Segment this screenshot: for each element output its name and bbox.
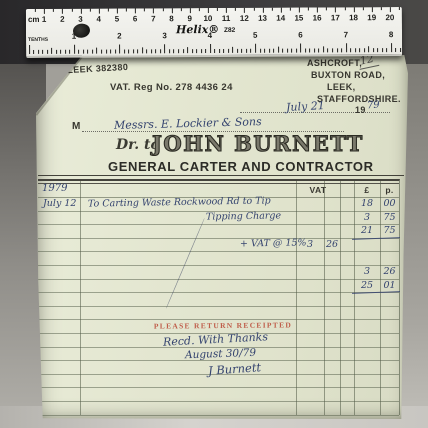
ruler-cm-number: 1 xyxy=(37,15,51,24)
ruler-tick xyxy=(155,49,156,53)
ruler-cm-number: 3 xyxy=(73,15,87,24)
address-line: BUXTON ROAD, xyxy=(311,70,385,80)
ledger-row xyxy=(38,387,399,402)
receipt-date-line: August 30/79 xyxy=(185,347,256,361)
ruler-tick xyxy=(382,48,383,52)
ruler-tick xyxy=(328,48,329,52)
ruler-tick xyxy=(287,49,288,53)
ruler-tick xyxy=(391,43,392,52)
ledger-table: 1979 VAT £ p. July 12To Carting Waste Ro… xyxy=(38,179,400,415)
ruler-inch-number: 2 xyxy=(112,31,126,40)
ruler-tick xyxy=(308,8,309,11)
row-vat-pound: 3 xyxy=(296,239,324,250)
ruler-tick xyxy=(355,48,356,52)
ruler-tick xyxy=(146,49,147,53)
ruler-tick xyxy=(253,8,254,11)
ruler-tick xyxy=(62,9,63,14)
ruler-tick xyxy=(305,49,306,53)
ruler-cm-number: 11 xyxy=(219,14,233,23)
ruler-inch-number: 4 xyxy=(203,31,217,40)
ledger-row: 2501 xyxy=(38,279,399,294)
address-line: LEEK, xyxy=(327,82,356,92)
ruler-inch-number: 8 xyxy=(384,30,398,39)
ruler-cm-number: 9 xyxy=(183,14,197,23)
ruler-tick xyxy=(314,48,315,52)
return-receipted-stamp: PLEASE RETURN RECEIPTED xyxy=(148,320,298,330)
ruler-tenths-label: TENTHS xyxy=(28,37,48,43)
ruler-tick xyxy=(187,47,188,54)
ruler-tick xyxy=(178,49,179,53)
ruler-tick xyxy=(71,9,72,12)
ruler-tick xyxy=(237,49,238,53)
invoice-paper: Tel. LEEK 382380 VAT. Reg No. 278 4436 2… xyxy=(36,55,408,419)
ruler-tick xyxy=(69,50,70,54)
photo-of-invoice: { "ruler": { "unit_label": "cm", "cm_num… xyxy=(0,0,428,428)
ruler-tick xyxy=(332,48,333,52)
addressee-prefix: M xyxy=(72,121,81,132)
ruler-tick xyxy=(346,43,347,52)
ruler-cm-number: 20 xyxy=(383,13,397,22)
ruler-cm-number: 6 xyxy=(128,14,142,23)
ruler-cm-number: 15 xyxy=(292,14,306,23)
ruler-tick xyxy=(246,49,247,53)
ruler-cm-number: 8 xyxy=(164,14,178,23)
ruler-cm-number: 5 xyxy=(110,14,124,23)
ruler-tick xyxy=(92,50,93,54)
ruler-tick xyxy=(344,7,345,10)
ruler-tick xyxy=(117,9,118,14)
ruler-tick xyxy=(350,48,351,52)
ruler-tick xyxy=(217,8,218,11)
ruler-inch-number: 7 xyxy=(339,30,353,39)
ruler-tick xyxy=(377,48,378,52)
row-pence: 75 xyxy=(380,212,399,223)
helix-ruler: cm Helix® Z82 TENTHS 1234567891011121314… xyxy=(26,7,402,58)
ruler-tick xyxy=(80,9,81,14)
ruler-tick xyxy=(269,49,270,53)
ruler-tick xyxy=(309,48,310,52)
ruler-tick xyxy=(399,7,400,10)
ruler-tick xyxy=(151,49,152,53)
ruler-tick xyxy=(291,49,292,53)
ledger-row: Tipping Charge375 xyxy=(38,211,399,226)
row-pound: 18 xyxy=(354,198,380,209)
ruler-tick xyxy=(128,49,129,53)
ruler-tick xyxy=(99,9,100,14)
ruler-inch-number: 3 xyxy=(158,31,172,40)
ledger-year: 1979 xyxy=(42,183,67,194)
ruler-tick xyxy=(226,8,227,13)
ruler-tick xyxy=(162,8,163,11)
vat-column-header: VAT xyxy=(296,185,340,195)
ruler-tick xyxy=(210,44,211,53)
ruler-tick xyxy=(251,49,252,53)
ruler-tick xyxy=(144,8,145,11)
ruler-cm-number: 13 xyxy=(255,14,269,23)
ruler-tick xyxy=(241,49,242,53)
ruler-tick xyxy=(97,47,98,54)
ledger-row: 2175 xyxy=(38,224,399,239)
ruler-tick xyxy=(317,7,318,12)
ruler-model: Z82 xyxy=(224,27,235,34)
ruler-tick xyxy=(219,49,220,53)
ruler-tick xyxy=(135,8,136,13)
row-description: Tipping Charge xyxy=(206,210,281,222)
ruler-tick xyxy=(364,48,365,52)
ruler-tick xyxy=(214,49,215,53)
ruler-tick xyxy=(296,49,297,53)
row-pound: 25 xyxy=(354,280,380,291)
ruler-tick xyxy=(110,50,111,54)
ledger-row xyxy=(38,401,399,416)
ruler-tick xyxy=(278,46,279,53)
ruler-inch-number: 6 xyxy=(293,31,307,40)
proprietor-name: JOHN BURNETT xyxy=(152,131,364,156)
ruler-tick xyxy=(372,7,373,12)
ruler-tick xyxy=(119,44,120,53)
ruler-tick xyxy=(53,9,54,12)
ledger-row xyxy=(38,251,399,266)
ruler-tick xyxy=(318,48,319,52)
ruler-tick xyxy=(373,48,374,52)
ledger-row: July 12To Carting Waste Rockwood Rd to T… xyxy=(38,197,399,212)
ruler-tick xyxy=(142,47,143,54)
row-vat-pence: 26 xyxy=(324,239,340,250)
handwritten-date: July 21 xyxy=(286,99,325,114)
ruler-cm-number: 7 xyxy=(146,14,160,23)
ruler-tick xyxy=(323,46,324,53)
ruler-tick xyxy=(60,50,61,54)
ruler-tick xyxy=(183,49,184,53)
ruler-tick xyxy=(282,49,283,53)
ruler-tick xyxy=(368,46,369,53)
ruler-tick xyxy=(137,49,138,53)
vat-registration: VAT. Reg No. 278 4436 24 xyxy=(110,82,233,93)
ruler-tick xyxy=(326,7,327,10)
ruler-tick xyxy=(65,50,66,54)
ruler-tick xyxy=(196,49,197,53)
ruler-tick xyxy=(171,8,172,13)
ruler-tick xyxy=(363,7,364,10)
ruler-tick xyxy=(47,50,48,54)
ruler-tick xyxy=(51,47,52,54)
ruler-tick xyxy=(244,8,245,13)
ruler-cm-number: 10 xyxy=(201,14,215,23)
ruler-tick xyxy=(353,7,354,12)
ruler-tick xyxy=(35,9,36,12)
ruler-tick xyxy=(29,45,30,54)
handwritten-addressee: Messrs. E. Lockier & Sons xyxy=(114,115,262,132)
ruler-tick xyxy=(208,8,209,13)
ruler-inch-number: 5 xyxy=(248,31,262,40)
row-pound: 21 xyxy=(354,225,380,236)
address-line: ASHCROFT, xyxy=(307,58,362,68)
ruler-cm-number: 14 xyxy=(274,14,288,23)
ruler-tick xyxy=(335,7,336,12)
ruler-tick xyxy=(124,49,125,53)
ruler-tick xyxy=(400,48,401,52)
ruler-tick xyxy=(359,48,360,52)
ruler-tick xyxy=(108,9,109,12)
ruler-tick xyxy=(272,8,273,11)
ruler-tick xyxy=(260,49,261,53)
row-description: To Carting Waste Rockwood Rd to Tip xyxy=(88,195,271,209)
ruler-tick xyxy=(223,49,224,53)
row-pence: 75 xyxy=(380,225,399,236)
ruler-tick xyxy=(164,44,165,53)
header-rule xyxy=(38,175,404,176)
ruler-tick xyxy=(38,50,39,54)
ruler-tick xyxy=(235,8,236,11)
ruler-tick xyxy=(78,50,79,54)
ruler-tick xyxy=(396,48,397,52)
address-line: STAFFORDSHIRE. xyxy=(317,94,401,104)
ruler-tick xyxy=(205,49,206,53)
ruler-tick xyxy=(181,8,182,11)
ruler-tick xyxy=(228,49,229,53)
ruler-tick xyxy=(255,44,256,53)
row-pence: 26 xyxy=(380,266,399,277)
ruler-tick xyxy=(90,9,91,12)
ruler-tick xyxy=(386,48,387,52)
row-date: July 12 xyxy=(43,198,76,209)
ruler-tick xyxy=(133,49,134,53)
ruler-cm-number: 19 xyxy=(365,13,379,22)
ruler-tick xyxy=(299,8,300,13)
ruler-tick xyxy=(273,49,274,53)
ruler-tick xyxy=(381,7,382,10)
ruler-tick xyxy=(281,8,282,13)
ruler-tick xyxy=(87,50,88,54)
printed-year-prefix: 19 xyxy=(355,105,366,115)
ruler-tick xyxy=(337,48,338,52)
ruler-tick xyxy=(174,49,175,53)
row-pound: 3 xyxy=(354,266,380,277)
ruler-tick xyxy=(83,50,84,54)
row-pence: 01 xyxy=(380,280,399,291)
ruler-tick xyxy=(232,46,233,53)
ruler-cm-number: 12 xyxy=(237,14,251,23)
row-pence: 00 xyxy=(380,198,399,209)
ruler-tick xyxy=(126,8,127,11)
ruler-tick xyxy=(199,8,200,11)
ruler-tick xyxy=(264,49,265,53)
ruler-cm-number: 16 xyxy=(310,13,324,22)
trade-description: GENERAL CARTER AND CONTRACTOR xyxy=(108,159,374,174)
row-pound: 3 xyxy=(354,212,380,223)
ruler-tick xyxy=(190,8,191,13)
ruler-tick xyxy=(262,8,263,13)
ledger-row: 326 xyxy=(38,265,399,280)
ruler-tick xyxy=(160,49,161,53)
ruler-tick xyxy=(169,49,170,53)
ledger-row: + VAT @ 15%326 xyxy=(38,238,399,253)
ruler-cm-number: 4 xyxy=(92,15,106,24)
handwritten-year: 79 xyxy=(367,100,380,112)
ruler-tick xyxy=(74,45,75,54)
ruler-cm-number: 18 xyxy=(346,13,360,22)
ruler-tick xyxy=(101,50,102,54)
ruler-tick xyxy=(341,48,342,52)
ruler-tick xyxy=(390,7,391,12)
ruler-tick xyxy=(56,50,57,54)
ruler-tick xyxy=(115,50,116,54)
ruler-tick xyxy=(201,49,202,53)
ruler-tick xyxy=(300,44,301,53)
ruler-tick xyxy=(33,50,34,54)
pound-column-header: £ xyxy=(354,185,380,195)
ruler-tick xyxy=(192,49,193,53)
phone-number: Tel. LEEK 382380 xyxy=(48,62,129,76)
ledger-row xyxy=(38,306,399,321)
ruler-tick xyxy=(290,8,291,11)
ruler-cm-number: 17 xyxy=(328,13,342,22)
ruler-tick xyxy=(42,50,43,54)
ruler-cm-number: 2 xyxy=(55,15,69,24)
ruler-tick xyxy=(44,9,45,14)
ledger-row xyxy=(38,292,399,307)
pence-column-header: p. xyxy=(380,185,399,195)
ruler-tick xyxy=(153,8,154,13)
ruler-tick xyxy=(106,50,107,54)
